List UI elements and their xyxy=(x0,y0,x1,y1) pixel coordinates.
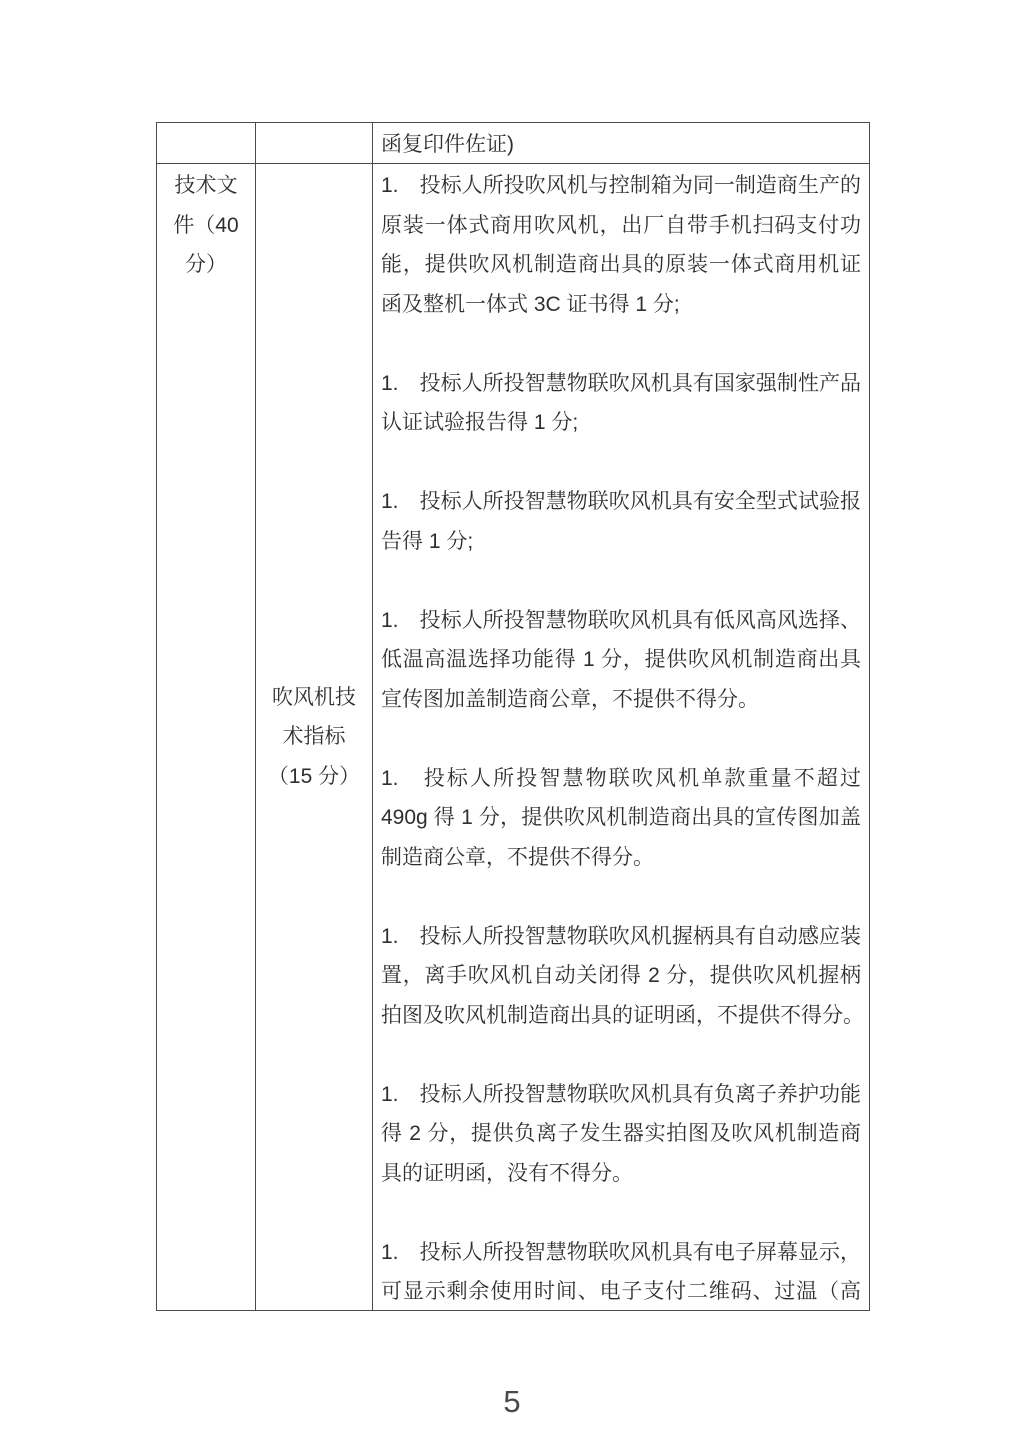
criteria-line: 告得 1 分; xyxy=(381,522,861,562)
subcategory-line: （15 分） xyxy=(256,757,372,797)
criteria-line: 1. 投标人所投智慧物联吹风机具有安全型式试验报 xyxy=(381,482,861,522)
category-line: 分） xyxy=(157,245,255,285)
criteria-line: 1. 投标人所投智慧物联吹风机具有国家强制性产品 xyxy=(381,364,861,404)
blank-line xyxy=(381,1035,861,1075)
criteria-paragraph: 1. 投标人所投智慧物联吹风机具有电子屏幕显示， 可显示剩余使用时间、电子支付二… xyxy=(381,1233,861,1311)
criteria-paragraph: 1. 投标人所投智慧物联吹风机握柄具有自动感应装 置，离手吹风机自动关闭得 2 … xyxy=(381,917,861,1036)
category-line: 技术文 xyxy=(157,166,255,206)
blank-line xyxy=(381,443,861,483)
document-page: { "page_number": "5", "colors": { "borde… xyxy=(0,0,1024,1447)
header-category-cell xyxy=(157,123,256,163)
criteria-line: 能，提供吹风机制造商出具的原装一体式商用机证明 xyxy=(381,245,861,285)
criteria-paragraph: 1. 投标人所投智慧物联吹风机具有低风高风选择、 低温高温选择功能得 1 分，提… xyxy=(381,601,861,720)
header-note-cell: 函复印件佐证) xyxy=(373,123,869,163)
criteria-paragraph: 1. 投标人所投智慧物联吹风机具有负离子养护功能 得 2 分，提供负离子发生器实… xyxy=(381,1075,861,1194)
header-subcategory-cell xyxy=(256,123,373,163)
criteria-line: 具的证明函，没有不得分。 xyxy=(381,1154,861,1194)
criteria-line: 1. 投标人所投智慧物联吹风机具有电子屏幕显示， xyxy=(381,1233,861,1273)
blank-line xyxy=(381,324,861,364)
criteria-line: 认证试验报告得 1 分; xyxy=(381,403,861,443)
page-number: 5 xyxy=(0,1381,1024,1423)
criteria-line: 1. 投标人所投吹风机与控制箱为同一制造商生产的 xyxy=(381,166,861,206)
blank-line xyxy=(381,1193,861,1233)
criteria-line: 1. 投标人所投智慧物联吹风机握柄具有自动感应装 xyxy=(381,917,861,957)
criteria-line: 1. 投标人所投智慧物联吹风机具有低风高风选择、 xyxy=(381,601,861,641)
criteria-line: 低温高温选择功能得 1 分，提供吹风机制造商出具的 xyxy=(381,640,861,680)
criteria-line: 1. 投标人所投智慧物联吹风机具有负离子养护功能 xyxy=(381,1075,861,1115)
subcategory-line: 术指标 xyxy=(256,717,372,757)
criteria-line: 得 2 分，提供负离子发生器实拍图及吹风机制造商出 xyxy=(381,1114,861,1154)
criteria-paragraph: 1. 投标人所投智慧物联吹风机具有安全型式试验报 告得 1 分; xyxy=(381,482,861,561)
criteria-line: 置，离手吹风机自动关闭得 2 分，提供吹风机握柄实 xyxy=(381,956,861,996)
criteria-paragraph: 1. 投标人所投智慧物联吹风机具有国家强制性产品 认证试验报告得 1 分; xyxy=(381,364,861,443)
blank-line xyxy=(381,719,861,759)
subcategory-line: 吹风机技 xyxy=(256,678,372,718)
criteria-line: 原装一体式商用吹风机，出厂自带手机扫码支付功 xyxy=(381,206,861,246)
criteria-line: 宣传图加盖制造商公章，不提供不得分。 xyxy=(381,680,861,720)
criteria-table: 函复印件佐证) 技术文 件（40 分） 吹风机技 术指标 （15 分） 1. 投… xyxy=(156,122,870,1311)
criteria-line: 可显示剩余使用时间、电子支付二维码、过温（高 xyxy=(381,1272,861,1310)
table-body-row: 技术文 件（40 分） 吹风机技 术指标 （15 分） 1. 投标人所投吹风机与… xyxy=(157,164,869,1310)
header-note-text: 函复印件佐证) xyxy=(381,128,514,158)
criteria-line: 490g 得 1 分，提供吹风机制造商出具的宣传图加盖 xyxy=(381,798,861,838)
blank-line xyxy=(381,877,861,917)
category-cell: 技术文 件（40 分） xyxy=(157,164,256,1310)
criteria-paragraph: 1. 投标人所投吹风机与控制箱为同一制造商生产的 原装一体式商用吹风机，出厂自带… xyxy=(381,166,861,324)
criteria-line: 1. 投标人所投智慧物联吹风机单款重量不超过 xyxy=(381,759,861,799)
table-header-row: 函复印件佐证) xyxy=(157,123,869,164)
category-line: 件（40 xyxy=(157,206,255,246)
subcategory-cell: 吹风机技 术指标 （15 分） xyxy=(256,164,373,1310)
criteria-line: 拍图及吹风机制造商出具的证明函，不提供不得分。 xyxy=(381,996,861,1036)
criteria-paragraph: 1. 投标人所投智慧物联吹风机单款重量不超过 490g 得 1 分，提供吹风机制… xyxy=(381,759,861,878)
blank-line xyxy=(381,561,861,601)
criteria-line: 制造商公章，不提供不得分。 xyxy=(381,838,861,878)
criteria-line: 函及整机一体式 3C 证书得 1 分; xyxy=(381,285,861,325)
criteria-cell: 1. 投标人所投吹风机与控制箱为同一制造商生产的 原装一体式商用吹风机，出厂自带… xyxy=(373,164,869,1310)
